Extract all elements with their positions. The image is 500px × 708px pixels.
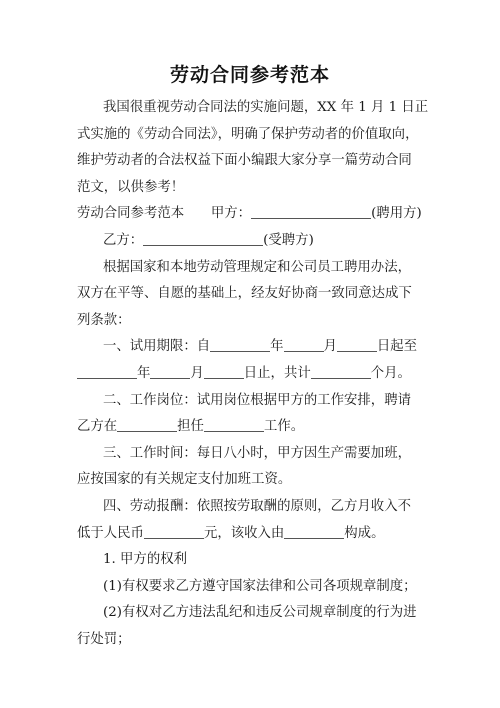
clause-4-line-2: 低于人民币元，该收入由构成。 [77, 521, 427, 548]
party-a-blank[interactable] [251, 204, 371, 219]
clause-3-line-1: 三、工作时间：每日八小时，甲方因生产需要加班， [77, 441, 427, 468]
rights-item: 行处罚； [77, 627, 427, 654]
intro-line: 式实施的《劳动合同法》，明确了保护劳动者的价值取向， [77, 122, 427, 149]
intro-line: 范文，以供参考！ [77, 175, 427, 202]
start-year-blank[interactable] [210, 337, 270, 352]
rights-item: (2)有权对乙方违法乱纪和违反公司规章制度的行为进 [77, 600, 427, 627]
clause-4-text: 低于人民币 [77, 526, 144, 541]
year-label: 年 [270, 339, 283, 354]
month-label: 月 [190, 366, 203, 381]
day-label: 日起至 [377, 339, 417, 354]
intro-line: 我国很重视劳动合同法的实施问题，XX 年 1 月 1 日正 [77, 95, 427, 122]
party-a-line: 劳动合同参考范本 甲方：(聘用方) [77, 201, 427, 228]
rights-heading: 1. 甲方的权利 [77, 547, 427, 574]
salary-composition-blank[interactable] [284, 524, 344, 539]
position-blank[interactable] [204, 417, 264, 432]
month-label: 月 [324, 339, 337, 354]
party-b-role: (受聘方) [263, 233, 314, 248]
end-day-blank[interactable] [204, 364, 244, 379]
start-month-blank[interactable] [284, 337, 324, 352]
clause-1-text: 一、试用期限：自 [103, 339, 210, 354]
year-label: 年 [137, 366, 150, 381]
preamble-line: 双方在平等、自愿的基础上，经友好协商一致同意达成下 [77, 281, 427, 308]
department-blank[interactable] [117, 417, 177, 432]
months-total-blank[interactable] [311, 364, 371, 379]
clause-2-text: 乙方在 [77, 419, 117, 434]
party-a-role: (聘用方) [371, 206, 422, 221]
end-month-blank[interactable] [150, 364, 190, 379]
end-year-blank[interactable] [77, 364, 137, 379]
clause-2-line-2: 乙方在担任工作。 [77, 414, 427, 441]
clause-1-line-2: 年月日止，共计个月。 [77, 361, 427, 388]
preamble-line: 根据国家和本地劳动管理规定和公司员工聘用办法， [77, 255, 427, 282]
document-title: 劳动合同参考范本 [0, 60, 500, 87]
months-label: 个月。 [371, 366, 411, 381]
clause-3-line-2: 应按国家的有关规定支付加班工资。 [77, 467, 427, 494]
party-b-blank[interactable] [143, 231, 263, 246]
clause-2-line-1: 二、工作岗位：试用岗位根据甲方的工作安排，聘请 [77, 388, 427, 415]
document-page: 劳动合同参考范本 我国很重视劳动合同法的实施问题，XX 年 1 月 1 日正 式… [0, 0, 500, 708]
preamble-line: 列条款： [77, 308, 427, 335]
clause-2-text: 工作。 [264, 419, 304, 434]
clause-4-text: 元，该收入由 [204, 526, 284, 541]
party-a-label: 劳动合同参考范本 甲方： [77, 206, 251, 221]
intro-line: 维护劳动者的合法权益下面小编跟大家分享一篇劳动合同 [77, 148, 427, 175]
clause-4-line-1: 四、劳动报酬：依照按劳取酬的原则，乙方月收入不 [77, 494, 427, 521]
day-total-label: 日止，共计 [244, 366, 311, 381]
clause-2-text: 担任 [177, 419, 204, 434]
start-day-blank[interactable] [337, 337, 377, 352]
clause-1-line-1: 一、试用期限：自年月日起至 [77, 334, 427, 361]
party-b-line: 乙方：(受聘方) [77, 228, 427, 255]
clause-4-text: 构成。 [344, 526, 384, 541]
party-b-label: 乙方： [103, 233, 143, 248]
rights-item: (1)有权要求乙方遵守国家法律和公司各项规章制度； [77, 574, 427, 601]
document-body: 我国很重视劳动合同法的实施问题，XX 年 1 月 1 日正 式实施的《劳动合同法… [77, 95, 427, 653]
salary-blank[interactable] [144, 524, 204, 539]
